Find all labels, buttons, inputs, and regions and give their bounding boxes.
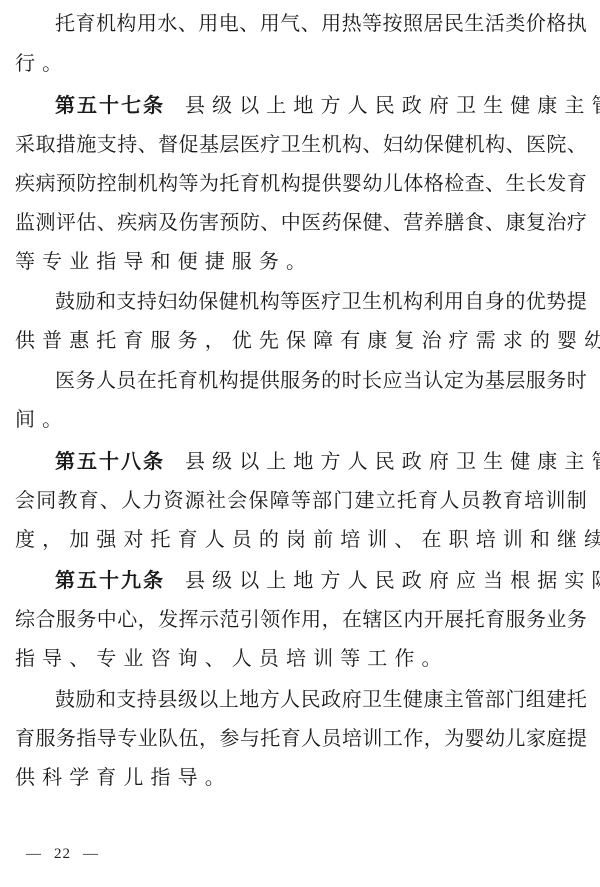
text-run: 托育机构用水、用电、用气、用热等按照居民生活类价格执 bbox=[55, 3, 587, 43]
text-run: 疾病预防控制机构等为托育机构提供婴幼儿体格检查、生长发育 bbox=[15, 163, 587, 203]
paragraph-line: 监测评估、疾病及伤害预防、中医药保健、营养膳食、康复治疗 bbox=[15, 202, 587, 242]
text-run: 监测评估、疾病及伤害预防、中医药保健、营养膳食、康复治疗 bbox=[15, 202, 587, 242]
paragraph-line: 间。 bbox=[15, 399, 69, 439]
footer-dash-left: — bbox=[26, 846, 42, 862]
text-run: 育服务指导专业队伍，参与托育人员培训工作，为婴幼儿家庭提 bbox=[15, 718, 587, 758]
page-number: 22 bbox=[54, 846, 71, 862]
paragraph-line: 鼓励和支持妇幼保健机构等医疗卫生机构利用自身的优势提 bbox=[55, 281, 587, 321]
paragraph-line: 指导、专业咨询、人员培训等工作。 bbox=[15, 638, 449, 678]
footer-dash-right: — bbox=[83, 846, 99, 862]
paragraph-line: 供科学育儿指导。 bbox=[15, 757, 232, 797]
text-run: 指导、专业咨询、人员培训等工作。 bbox=[15, 646, 449, 670]
article-heading-line: 第五十九条县级以上地方人民政府应当根据实际设立托育 bbox=[55, 560, 600, 600]
text-run: 县级以上地方人民政府卫生健康主管部门应当 bbox=[185, 93, 600, 117]
text-run: 度，加强对托育人员的岗前培训、在职培训和继续教育。 bbox=[15, 527, 600, 551]
text-run: 供普惠托育服务，优先保障有康复治疗需求的婴幼儿。 bbox=[15, 328, 600, 352]
article-number: 第五十九条 bbox=[55, 568, 165, 592]
text-run: 供科学育儿指导。 bbox=[15, 765, 232, 789]
text-run: 县级以上地方人民政府卫生健康主管部门应当 bbox=[185, 449, 600, 473]
text-run: 间。 bbox=[15, 407, 69, 431]
article-number: 第五十八条 bbox=[55, 449, 165, 473]
paragraph-line: 度，加强对托育人员的岗前培训、在职培训和继续教育。 bbox=[15, 519, 600, 559]
text-run: 会同教育、人力资源社会保障等部门建立托育人员教育培训制 bbox=[15, 480, 587, 520]
paragraph-line: 综合服务中心，发挥示范引领作用，在辖区内开展托育服务业务 bbox=[15, 599, 587, 639]
text-run: 采取措施支持、督促基层医疗卫生机构、妇幼保健机构、医院、 bbox=[15, 124, 587, 164]
paragraph-line: 托育机构用水、用电、用气、用热等按照居民生活类价格执 bbox=[55, 3, 587, 43]
text-run: 行。 bbox=[15, 51, 69, 75]
paragraph-line: 疾病预防控制机构等为托育机构提供婴幼儿体格检查、生长发育 bbox=[15, 163, 587, 203]
article-heading-line: 第五十七条县级以上地方人民政府卫生健康主管部门应当 bbox=[55, 85, 600, 125]
paragraph-line: 育服务指导专业队伍，参与托育人员培训工作，为婴幼儿家庭提 bbox=[15, 718, 587, 758]
page-footer: —22— bbox=[20, 846, 105, 863]
text-run: 县级以上地方人民政府应当根据实际设立托育 bbox=[185, 568, 600, 592]
paragraph-line: 供普惠托育服务，优先保障有康复治疗需求的婴幼儿。 bbox=[15, 320, 600, 360]
paragraph-line: 鼓励和支持县级以上地方人民政府卫生健康主管部门组建托 bbox=[55, 679, 587, 719]
article-heading-line: 第五十八条县级以上地方人民政府卫生健康主管部门应当 bbox=[55, 441, 600, 481]
text-run: 综合服务中心，发挥示范引领作用，在辖区内开展托育服务业务 bbox=[15, 599, 587, 639]
paragraph-line: 等专业指导和便捷服务。 bbox=[15, 241, 313, 281]
text-run: 鼓励和支持县级以上地方人民政府卫生健康主管部门组建托 bbox=[55, 679, 587, 719]
paragraph-line: 医务人员在托育机构提供服务的时长应当认定为基层服务时 bbox=[55, 360, 587, 400]
paragraph-line: 会同教育、人力资源社会保障等部门建立托育人员教育培训制 bbox=[15, 480, 587, 520]
paragraph-line: 采取措施支持、督促基层医疗卫生机构、妇幼保健机构、医院、 bbox=[15, 124, 587, 164]
text-run: 鼓励和支持妇幼保健机构等医疗卫生机构利用自身的优势提 bbox=[55, 281, 587, 321]
text-run: 医务人员在托育机构提供服务的时长应当认定为基层服务时 bbox=[55, 360, 587, 400]
text-run: 等专业指导和便捷服务。 bbox=[15, 249, 313, 273]
paragraph-line: 行。 bbox=[15, 43, 69, 83]
article-number: 第五十七条 bbox=[55, 93, 165, 117]
